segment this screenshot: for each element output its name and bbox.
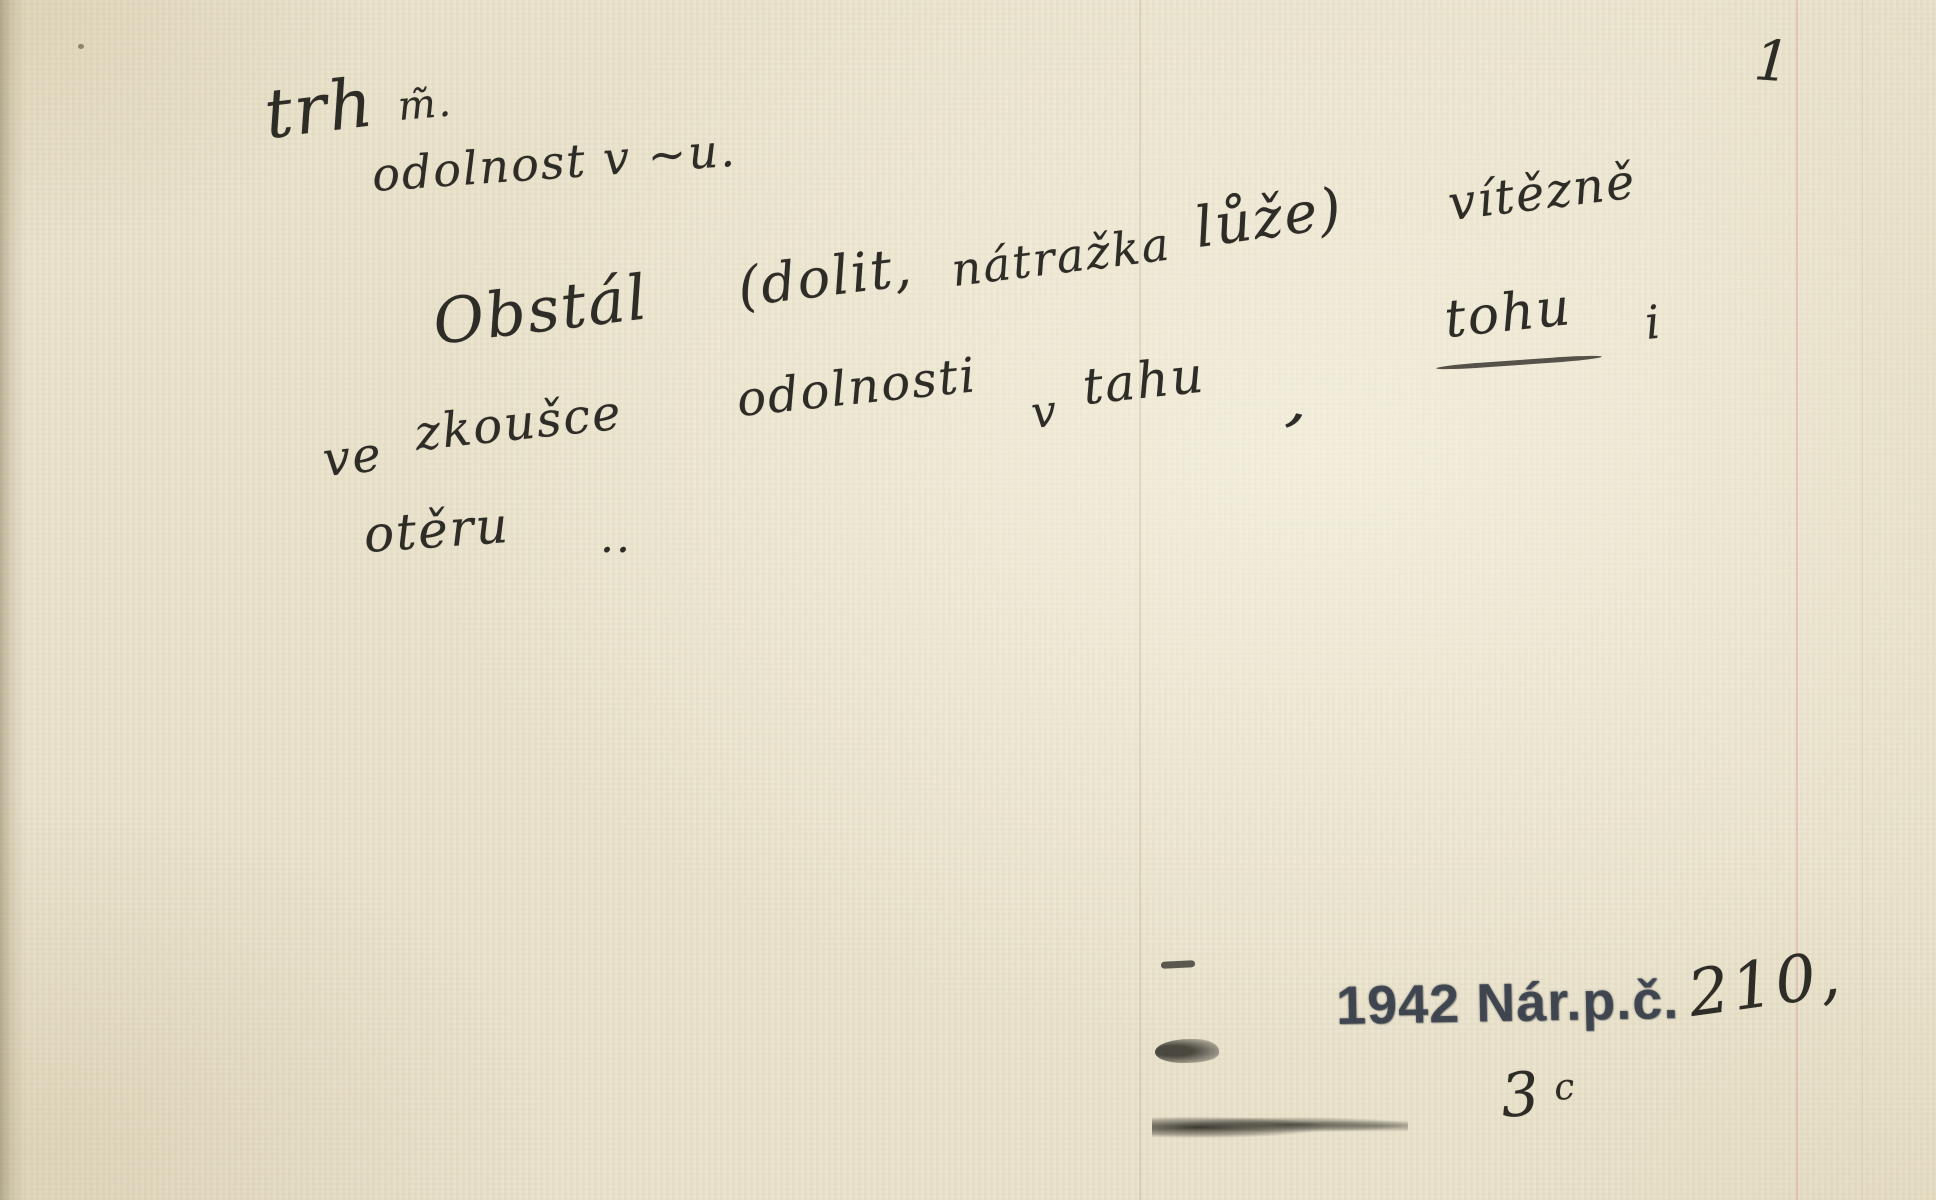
handwritten-word-i: i (1642, 295, 1664, 350)
paper-crease (1862, 0, 1863, 1200)
handwritten-word-zkousce: zkoušce (412, 385, 625, 462)
handwritten-word-dolit: (dolit, (734, 235, 916, 319)
handwritten-word-ve: ve (320, 426, 385, 488)
page-number: 1 (1752, 28, 1794, 95)
handwritten-dots: .. (600, 512, 632, 563)
margin-ruled-line (1796, 0, 1798, 1200)
ink-smudge-dash (1161, 960, 1195, 969)
handwritten-word-obstal: Obstál (429, 260, 652, 359)
scanned-document-page: 1 trh m̃. odolnost v ~u. Obstál (dolit, … (0, 0, 1936, 1200)
handwritten-word-v: v (1029, 385, 1061, 439)
underline-stroke (1436, 354, 1602, 371)
handwritten-word-odolnosti: odolnosti (734, 347, 980, 428)
handwritten-line-odolnost: odolnost v ~u. (370, 123, 738, 202)
paper-crease (1139, 0, 1141, 1200)
paper-speck (78, 44, 84, 49)
paper-edge-shadow (0, 0, 26, 1200)
handwritten-word-tahu: tahu (1080, 346, 1208, 416)
handwritten-abbrev-mark: m̃. (396, 79, 454, 130)
handwritten-word-luze: lůže) (1191, 176, 1347, 261)
handwritten-number-210: 210, (1684, 937, 1847, 1032)
handwritten-code-c: c (1552, 1066, 1577, 1109)
ink-smudge-line (1152, 1113, 1408, 1139)
handwritten-word-trh: trh (260, 63, 378, 155)
ink-smudge-blob (1155, 1039, 1219, 1063)
handwritten-comma: , (1282, 362, 1319, 439)
handwritten-word-oteru: otěru (362, 496, 512, 564)
handwritten-word-vitezne: vítězně (1445, 153, 1639, 232)
handwritten-code-3: 3 (1498, 1059, 1544, 1132)
archive-stamp-text: 1942 Nár.p.č. (1335, 969, 1679, 1037)
handwritten-word-tohu: tohu (1442, 277, 1575, 350)
